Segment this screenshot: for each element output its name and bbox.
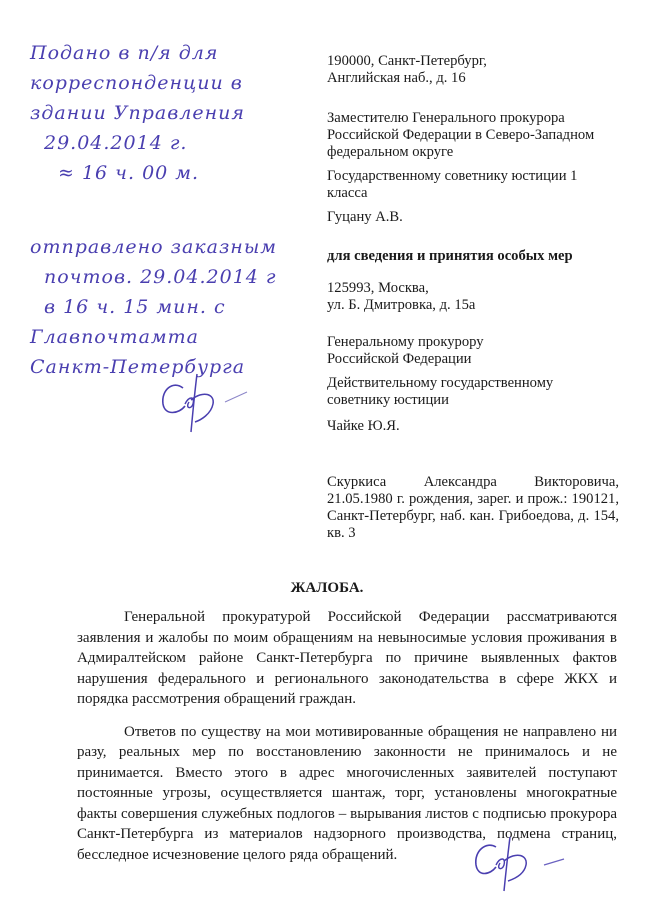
- document-title: ЖАЛОБА.: [0, 580, 654, 597]
- handwritten-line: 29.04.2014 г.: [30, 128, 245, 158]
- recipient-address-line: 125993, Москва,: [327, 280, 617, 297]
- recipient-rank: Государственному советнику юстиции 1 кла…: [327, 168, 612, 202]
- handwritten-line: почтов. 29.04.2014 г: [30, 262, 277, 292]
- recipient-address-line: Английская наб., д. 16: [327, 70, 617, 87]
- handwritten-line: корреспонденции в: [30, 68, 245, 98]
- paragraph: Генеральной прокуратурой Российской Феде…: [77, 607, 617, 710]
- handwritten-note-submission: Подано в п/я для корреспонденции в здани…: [30, 38, 245, 188]
- signature-icon: [470, 835, 590, 895]
- special-note: для сведения и принятия особых мер: [327, 248, 617, 265]
- recipient-position: Генеральному прокурору Российской Федера…: [327, 334, 527, 368]
- recipient-name: Чайке Ю.Я.: [327, 418, 617, 435]
- document-page: Подано в п/я для корреспонденции в здани…: [0, 0, 654, 900]
- sender-block: Скуркиса Александра Викторовича, 21.05.1…: [327, 474, 619, 542]
- handwritten-note-mailing: отправлено заказным почтов. 29.04.2014 г…: [30, 232, 277, 382]
- recipient-name: Гуцану А.В.: [327, 209, 617, 226]
- recipient-address-line: ул. Б. Дмитровка, д. 15а: [327, 297, 617, 314]
- handwritten-line: отправлено заказным: [30, 232, 277, 262]
- handwritten-line: в 16 ч. 15 мин. с: [30, 292, 277, 322]
- handwritten-line: здании Управления: [30, 98, 245, 128]
- handwritten-line: Подано в п/я для: [30, 38, 245, 68]
- handwritten-line: Главпочтамта: [30, 322, 277, 352]
- recipient-address-block: 190000, Санкт-Петербург, Английская наб.…: [327, 53, 617, 87]
- recipient-address-line: 190000, Санкт-Петербург,: [327, 53, 617, 70]
- recipient-position: Заместителю Генерального прокурора Росси…: [327, 110, 607, 161]
- signature-icon: [155, 370, 285, 440]
- complaint-body: Генеральной прокуратурой Российской Феде…: [77, 607, 617, 865]
- recipient-address-block: 125993, Москва, ул. Б. Дмитровка, д. 15а: [327, 280, 617, 314]
- handwritten-line: ≈ 16 ч. 00 м.: [30, 158, 245, 188]
- recipient-rank: Действительному государственному советни…: [327, 375, 567, 409]
